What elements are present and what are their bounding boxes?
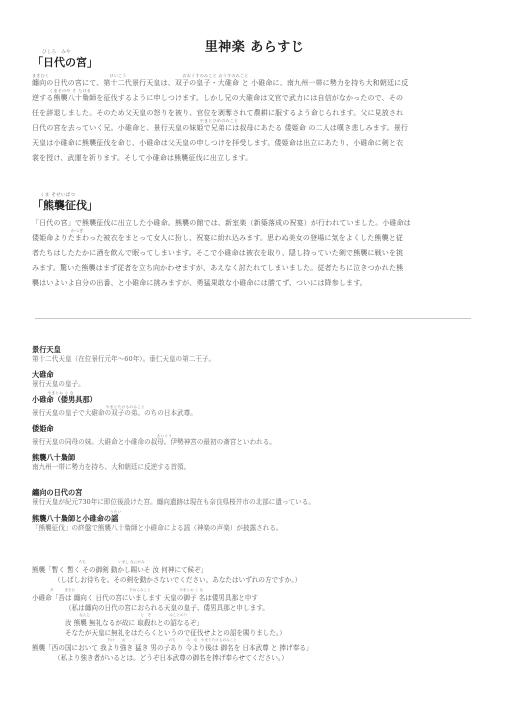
glossary-item: 纏向の日代の宮 景行天皇が紀元730年に即位後設けた宮。纏向遺跡は現在も奈良県桜… xyxy=(32,488,482,507)
glossary-description: 景行天皇の皇子。 xyxy=(32,380,482,389)
glossary-term: 大碓命 xyxy=(32,370,482,380)
section-kumaso-seibatsu: くま そせいばつ 「熊襲征伐」 「日代の宮」で熊襲征伐に出立した小碓命。熊襲の館… xyxy=(32,193,482,288)
glossary-item: 熊襲八十梟師 南九州一帯に勢力を持ち、大和朝廷に反逆する首領。 xyxy=(32,453,482,472)
song-translation: （私より強き者がいるとは。どうぞ日本武尊の御名を捧げ奉らせてください。） xyxy=(32,653,492,663)
glossary-item: 倭姫命 さいぐう 景行天皇の同母の妹。大碓命と小碓命の叔母。伊勢神宮の最初の斎宮… xyxy=(32,424,482,447)
paragraph-line: 任を辞退しました。そのため父天皇の怒りを被り、官位を剥奪されて農耕に服するよう命… xyxy=(32,109,482,118)
glossary-description: 南九州一帯に勢力を持ち、大和朝廷に反逆する首領。 xyxy=(32,463,482,472)
paragraph-line: 襲はいよいよ自分の出番、と小碓命に挑みますが、勇猛果敢な小碓命には勝てず、ついに… xyxy=(32,279,482,288)
paragraph-line: 纏向の日代の宮にて、第十二代景行天皇は、双子の皇子・大碓命 と 小碓命に、南九州… xyxy=(32,79,482,88)
document-page: 里神楽 あらすじ ひしろ みや 「日代の宮」 まきむく けいこう おおうすのみこ… xyxy=(0,0,509,720)
song-line: 汝 熊襲 無礼なるが故に 取殺れとの詔なるぞ」 xyxy=(32,618,492,628)
song-line: 小碓命「吾は 纏向く 日代の宮にいまします 天皇の御子 名は倭男具那と申す xyxy=(32,593,492,603)
glossary-item: やまとお ぐ な 小碓命（倭男具那） やまとたけるのみこと 景行天皇の皇子で大碓… xyxy=(32,391,482,418)
glossary-item: 景行天皇 第十二代天皇（在位景行元年〜60年）。垂仁天皇の第二王子。 xyxy=(32,345,482,364)
glossary: 景行天皇 第十二代天皇（在位景行元年〜60年）。垂仁天皇の第二王子。 大碓命 景… xyxy=(32,345,482,541)
song-translation: （私は纏向の日代の宮におられる天皇の皇子、倭男具那と申します。 xyxy=(32,603,492,613)
paragraph-line: 天皇は小碓命に熊襲征伐を命じ、小碓命は父天皇の申しつけを拝受します。倭姫命は出立… xyxy=(32,139,482,148)
paragraph-line: 逆する熊襲八十梟師を征伐するように申しつけます。しかし兄の大碓命は文官で武力には… xyxy=(32,94,482,103)
glossary-description: 「熊襲征伐」の終盤で熊襲八十梟師と小碓命による謡（神楽の声楽）が披露される。 xyxy=(32,524,482,533)
glossary-description: 景行天皇が紀元730年に即位後設けた宮。纏向遺跡は現在も奈良県桜井市の北部に遺っ… xyxy=(32,498,482,507)
glossary-term: 景行天皇 xyxy=(32,345,482,355)
paragraph-line: 倭姫命よりたまわった被衣をまとって女人に扮し、祝宴に紛れ込みます。思わぬ美女の登… xyxy=(32,234,482,243)
paragraph-line: 「日代の宮」で熊襲征伐に出立した小碓命。熊襲の館では、新室楽（新築落成の祝宴）が… xyxy=(32,219,482,228)
paragraph-line: 裳を授け、武運を祈ります。そして小碓命は熊襲征伐に出立します。 xyxy=(32,154,482,163)
glossary-term: 熊襲八十梟師と小碓命の謡 xyxy=(32,514,482,524)
glossary-description: 景行天皇の同母の妹。大碓命と小碓命の叔母。伊勢神宮の最初の斎宮といわれる。 xyxy=(32,438,482,447)
section-divider xyxy=(35,318,471,319)
song-translation: そなたが天皇に無礼をはたらくというので征伐せよとの詔を賜りました。） xyxy=(32,628,492,638)
song-line: 熊襲「暫く 暫く その御剣 動かし賜いそ 汝 何神にて候ぞ」 xyxy=(32,565,492,575)
section-heading: 「熊襲征伐」 xyxy=(32,199,482,213)
glossary-description: 第十二代天皇（在位景行元年〜60年）。垂仁天皇の第二王子。 xyxy=(32,355,482,364)
glossary-term: 熊襲八十梟師 xyxy=(32,453,482,463)
glossary-description: 景行天皇の皇子で大碓命の双子の弟。のちの日本武尊。 xyxy=(32,409,482,418)
glossary-item: うたい 熊襲八十梟師と小碓命の謡 「熊襲征伐」の終盤で熊襲八十梟師と小碓命による… xyxy=(32,510,482,533)
paragraph-line: みます。驚いた熊襲はまず従者を立ち向かわせますが、あえなく討たれてしまいました。… xyxy=(32,264,482,273)
paragraph-line: 者たちはしたたかに酒を飲んで眠ってしまいます。そこで小碓命は被衣を取り、隠し持っ… xyxy=(32,249,482,258)
paragraph-line: 日代の宮を去っていく兄。小碓命と、景行天皇の妹姫で兄弟には叔母にあたる 倭姫命 … xyxy=(32,124,482,133)
glossary-term: 小碓命（倭男具那） xyxy=(32,395,482,405)
song-translation: （しばしお待ちを。その剣を動かさないでください。あなたはいずれの方ですか。） xyxy=(32,575,492,585)
section-heading: 「日代の宮」 xyxy=(32,56,482,70)
glossary-term: 纏向の日代の宮 xyxy=(32,488,482,498)
song-line: 熊襲「西の国において 我より強き 猛き 男の子あり 今より後は 御名を 日本武尊… xyxy=(32,643,492,653)
song-dialogue: たち いまし なにがみ 熊襲「暫く 暫く その御剣 動かし賜いそ 汝 何神にて候… xyxy=(32,560,492,663)
glossary-item: 大碓命 景行天皇の皇子。 xyxy=(32,370,482,389)
section-hishiro-no-miya: ひしろ みや 「日代の宮」 まきむく けいこう おおうすのみこと おうすのみこと… xyxy=(32,50,482,163)
glossary-term: 倭姫命 xyxy=(32,424,482,434)
